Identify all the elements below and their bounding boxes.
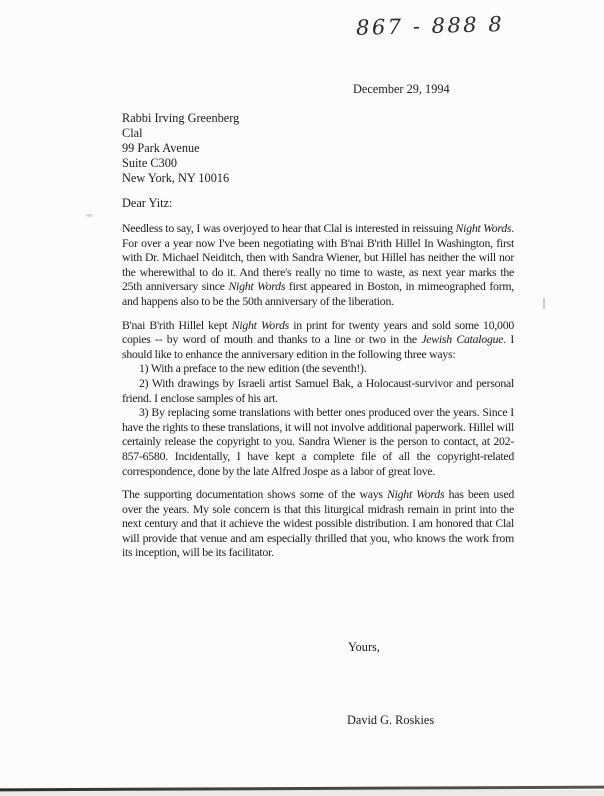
- paragraph-3: The supporting documentation shows some …: [122, 487, 514, 560]
- letter-body: Needless to say, I was overjoyed to hear…: [122, 221, 514, 560]
- scanned-letter-page: 867 - 888 8 December 29, 1994 Rabbi Irvi…: [0, 0, 604, 796]
- recipient-street: 99 Park Avenue: [122, 141, 239, 156]
- numbered-item-3: 3) By replacing some translations with b…: [122, 405, 514, 478]
- recipient-organization: Clal: [122, 126, 239, 141]
- numbered-item-2: 2) With drawings by Israeli artist Samue…: [122, 376, 514, 405]
- handwritten-number: 867 - 888 8: [356, 12, 505, 40]
- letter-date: December 29, 1994: [353, 82, 450, 97]
- closing-valediction: Yours,: [348, 640, 380, 655]
- recipient-name: Rabbi Irving Greenberg: [122, 111, 239, 126]
- salutation: Dear Yitz:: [122, 196, 172, 211]
- scan-artifact: [543, 298, 545, 309]
- paragraph-1: Needless to say, I was overjoyed to hear…: [122, 221, 514, 309]
- numbered-item-1: 1) With a preface to the new edition (th…: [122, 361, 514, 376]
- signature-typed-name: David G. Roskies: [347, 713, 434, 728]
- recipient-address: Rabbi Irving Greenberg Clal 99 Park Aven…: [122, 111, 239, 186]
- recipient-city-state-zip: New York, NY 10016: [122, 171, 239, 186]
- paragraph-2: B'nai B'rith Hillel kept Night Words in …: [122, 318, 514, 362]
- recipient-suite: Suite C300: [122, 156, 239, 171]
- scan-artifact: [86, 214, 93, 217]
